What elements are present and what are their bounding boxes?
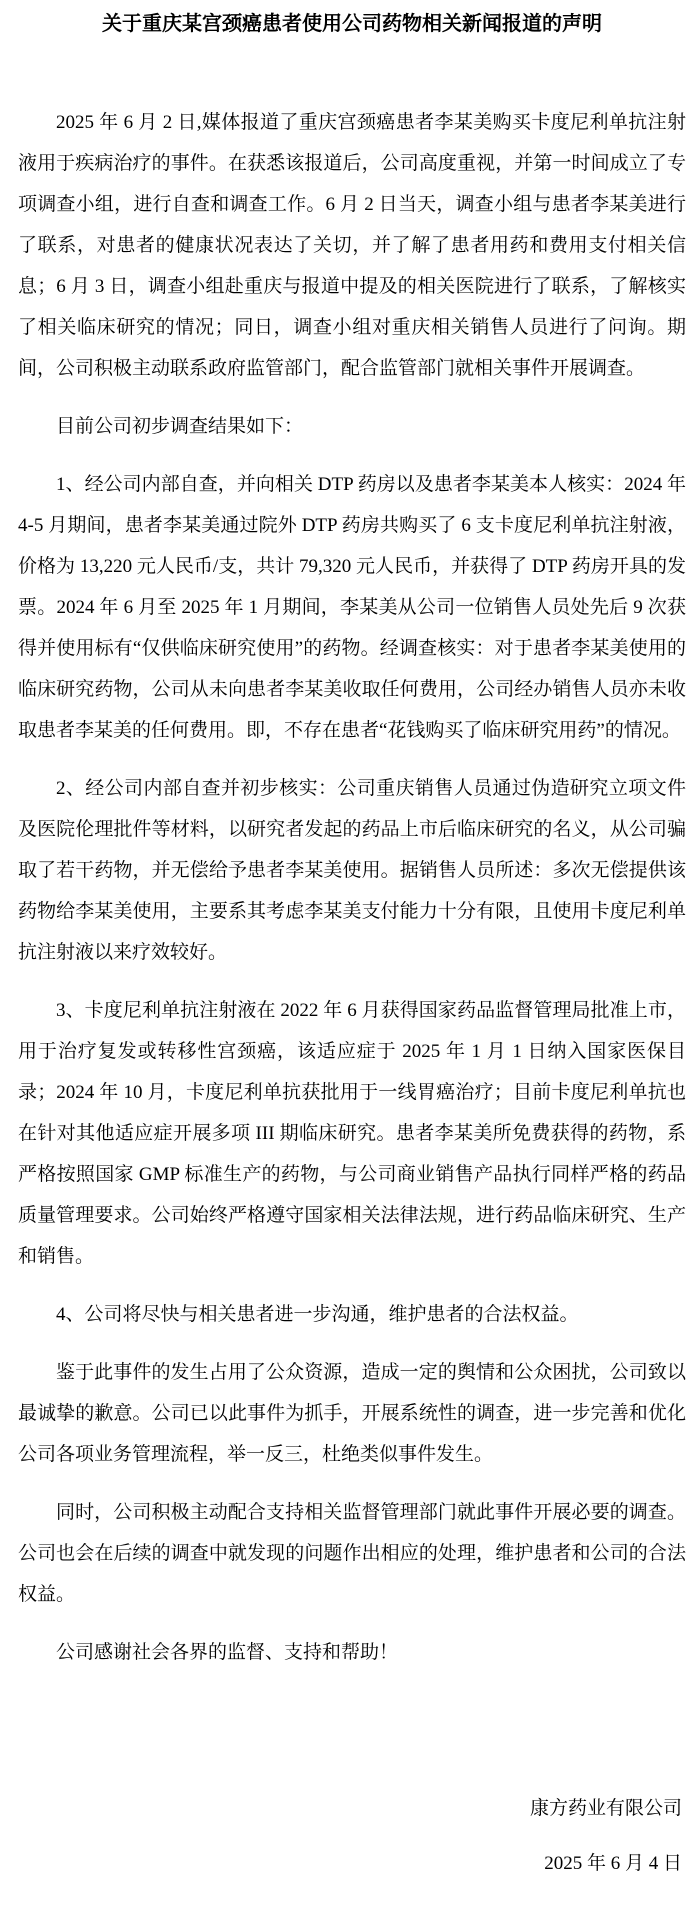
statement-document: 关于重庆某宫颈癌患者使用公司药物相关新闻报道的声明 2025 年 6 月 2 日…: [0, 0, 694, 1905]
paragraph-thanks: 公司感谢社会各界的监督、支持和帮助！: [18, 1632, 686, 1673]
document-title: 关于重庆某宫颈癌患者使用公司药物相关新闻报道的声明: [18, 8, 686, 40]
paragraph-cooperation: 同时，公司积极主动配合支持相关监督管理部门就此事件开展必要的调查。公司也会在后续…: [18, 1492, 686, 1615]
paragraph-finding-4: 4、公司将尽快与相关患者进一步沟通，维护患者的合法权益。: [18, 1294, 686, 1335]
signature-company: 康方药业有限公司: [18, 1788, 682, 1829]
paragraph-event-intro: 2025 年 6 月 2 日,媒体报道了重庆宫颈癌患者李某美购买卡度尼利单抗注射…: [18, 102, 686, 389]
paragraph-results-header: 目前公司初步调查结果如下：: [18, 406, 686, 447]
paragraph-finding-2: 2、经公司内部自查并初步核实：公司重庆销售人员通过伪造研究立项文件及医院伦理批件…: [18, 768, 686, 973]
signature-date: 2025 年 6 月 4 日: [18, 1843, 682, 1884]
paragraph-finding-1: 1、经公司内部自查，并向相关 DTP 药房以及患者李某美本人核实：2024 年 …: [18, 464, 686, 751]
paragraph-finding-3: 3、卡度尼利单抗注射液在 2022 年 6 月获得国家药品监督管理局批准上市，用…: [18, 990, 686, 1277]
paragraph-apology: 鉴于此事件的发生占用了公众资源，造成一定的舆情和公众困扰，公司致以最诚挚的歉意。…: [18, 1352, 686, 1475]
signature-block: 康方药业有限公司 2025 年 6 月 4 日: [18, 1788, 686, 1884]
